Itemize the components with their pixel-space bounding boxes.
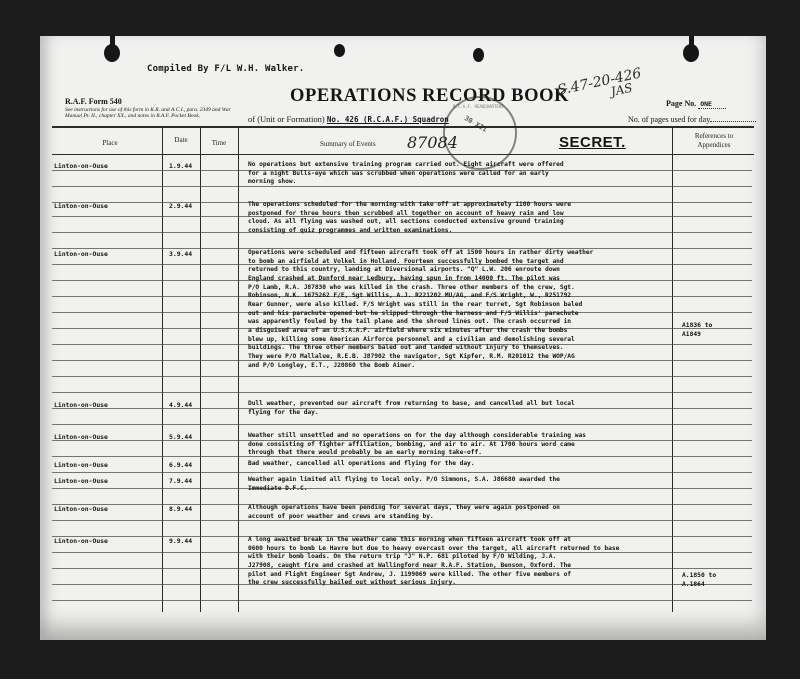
pages-used-for-day: No. of pages used for day (628, 115, 756, 124)
classification-label: SECRET. (559, 134, 626, 151)
header-time: Time (200, 139, 238, 147)
date-cell: 4.9.44 (169, 401, 192, 409)
header-bottom-rule (52, 154, 754, 155)
place-cell: Linton-on-Ouse (54, 477, 108, 485)
handwritten-file-reference: S.47-20-426 JAS (556, 67, 644, 108)
header-date: Date (162, 136, 200, 144)
summary-cell: Weather still unsettled and no operation… (248, 432, 674, 458)
page-number: Page No. ONE (666, 99, 726, 108)
appendix-reference-cell: A.1850 to A.1864 (682, 572, 764, 589)
pages-used-label: No. of pages used for day (628, 115, 710, 124)
stamp-date: 30 XII (463, 114, 489, 134)
punch-hole (683, 44, 699, 62)
column-rule-place (162, 126, 163, 612)
date-cell: 5.9.44 (169, 433, 192, 441)
unit-label: of (Unit or Formation) (248, 114, 325, 124)
operations-record-page: Compiled By F/L W.H. Walker. R.A.F. Form… (40, 36, 766, 640)
summary-cell: Dull weather, prevented our aircraft fro… (248, 400, 674, 417)
form-instructions: See instructions for use of this form in… (65, 107, 240, 120)
column-rule-time (238, 126, 239, 612)
date-cell: 9.9.44 (169, 537, 192, 545)
date-cell: 8.9.44 (169, 505, 192, 513)
place-cell: Linton-on-Ouse (54, 537, 108, 545)
summary-cell: No operations but extensive training pro… (248, 161, 674, 187)
date-cell: 2.9.44 (169, 202, 192, 210)
form-number: R.A.F. Form 540 (65, 97, 122, 106)
summary-cell: A long awaited break in the weather came… (248, 536, 674, 588)
punch-hole (473, 48, 484, 62)
column-rule-date (200, 126, 201, 612)
unit-value: No. 426 (R.C.A.F.) Squadron (327, 115, 449, 124)
appendix-reference-cell: A1836 to A1849 (682, 322, 764, 339)
place-cell: Linton-on-Ouse (54, 461, 108, 469)
summary-cell: Weather again limited all flying to loca… (248, 476, 674, 493)
place-cell: Linton-on-Ouse (54, 505, 108, 513)
place-cell: Linton-on-Ouse (54, 162, 108, 170)
page-title: OPERATIONS RECORD BOOK (290, 86, 569, 107)
summary-cell: Operations were scheduled and fifteen ai… (248, 249, 674, 370)
date-cell: 1.9.44 (169, 162, 192, 170)
summary-cell: The operations scheduled for the morning… (248, 201, 674, 236)
summary-cell: Although operations have been pending fo… (248, 504, 674, 521)
punch-hole (104, 44, 120, 62)
header-references: References to Appendices (680, 132, 748, 150)
page-no-label: Page No. (666, 99, 696, 108)
unit-line: of (Unit or Formation) No. 426 (R.C.A.F.… (248, 114, 449, 124)
date-cell: 6.9.44 (169, 461, 192, 469)
punch-hole (334, 44, 345, 57)
place-cell: Linton-on-Ouse (54, 433, 108, 441)
summary-cell: Bad weather, cancelled all operations an… (248, 460, 674, 469)
date-cell: 7.9.44 (169, 477, 192, 485)
compiled-by: Compiled By F/L W.H. Walker. (147, 64, 304, 74)
stamp-text: R.C.A.F. HEADQUARTERS (453, 104, 504, 109)
date-cell: 3.9.44 (169, 250, 192, 258)
place-cell: Linton-on-Ouse (54, 401, 108, 409)
table-top-rule (52, 126, 754, 128)
header-place: Place (70, 139, 150, 147)
place-cell: Linton-on-Ouse (54, 202, 108, 210)
page-no-value: ONE (698, 100, 726, 109)
handwritten-number: 87084 (407, 133, 458, 152)
place-cell: Linton-on-Ouse (54, 250, 108, 258)
